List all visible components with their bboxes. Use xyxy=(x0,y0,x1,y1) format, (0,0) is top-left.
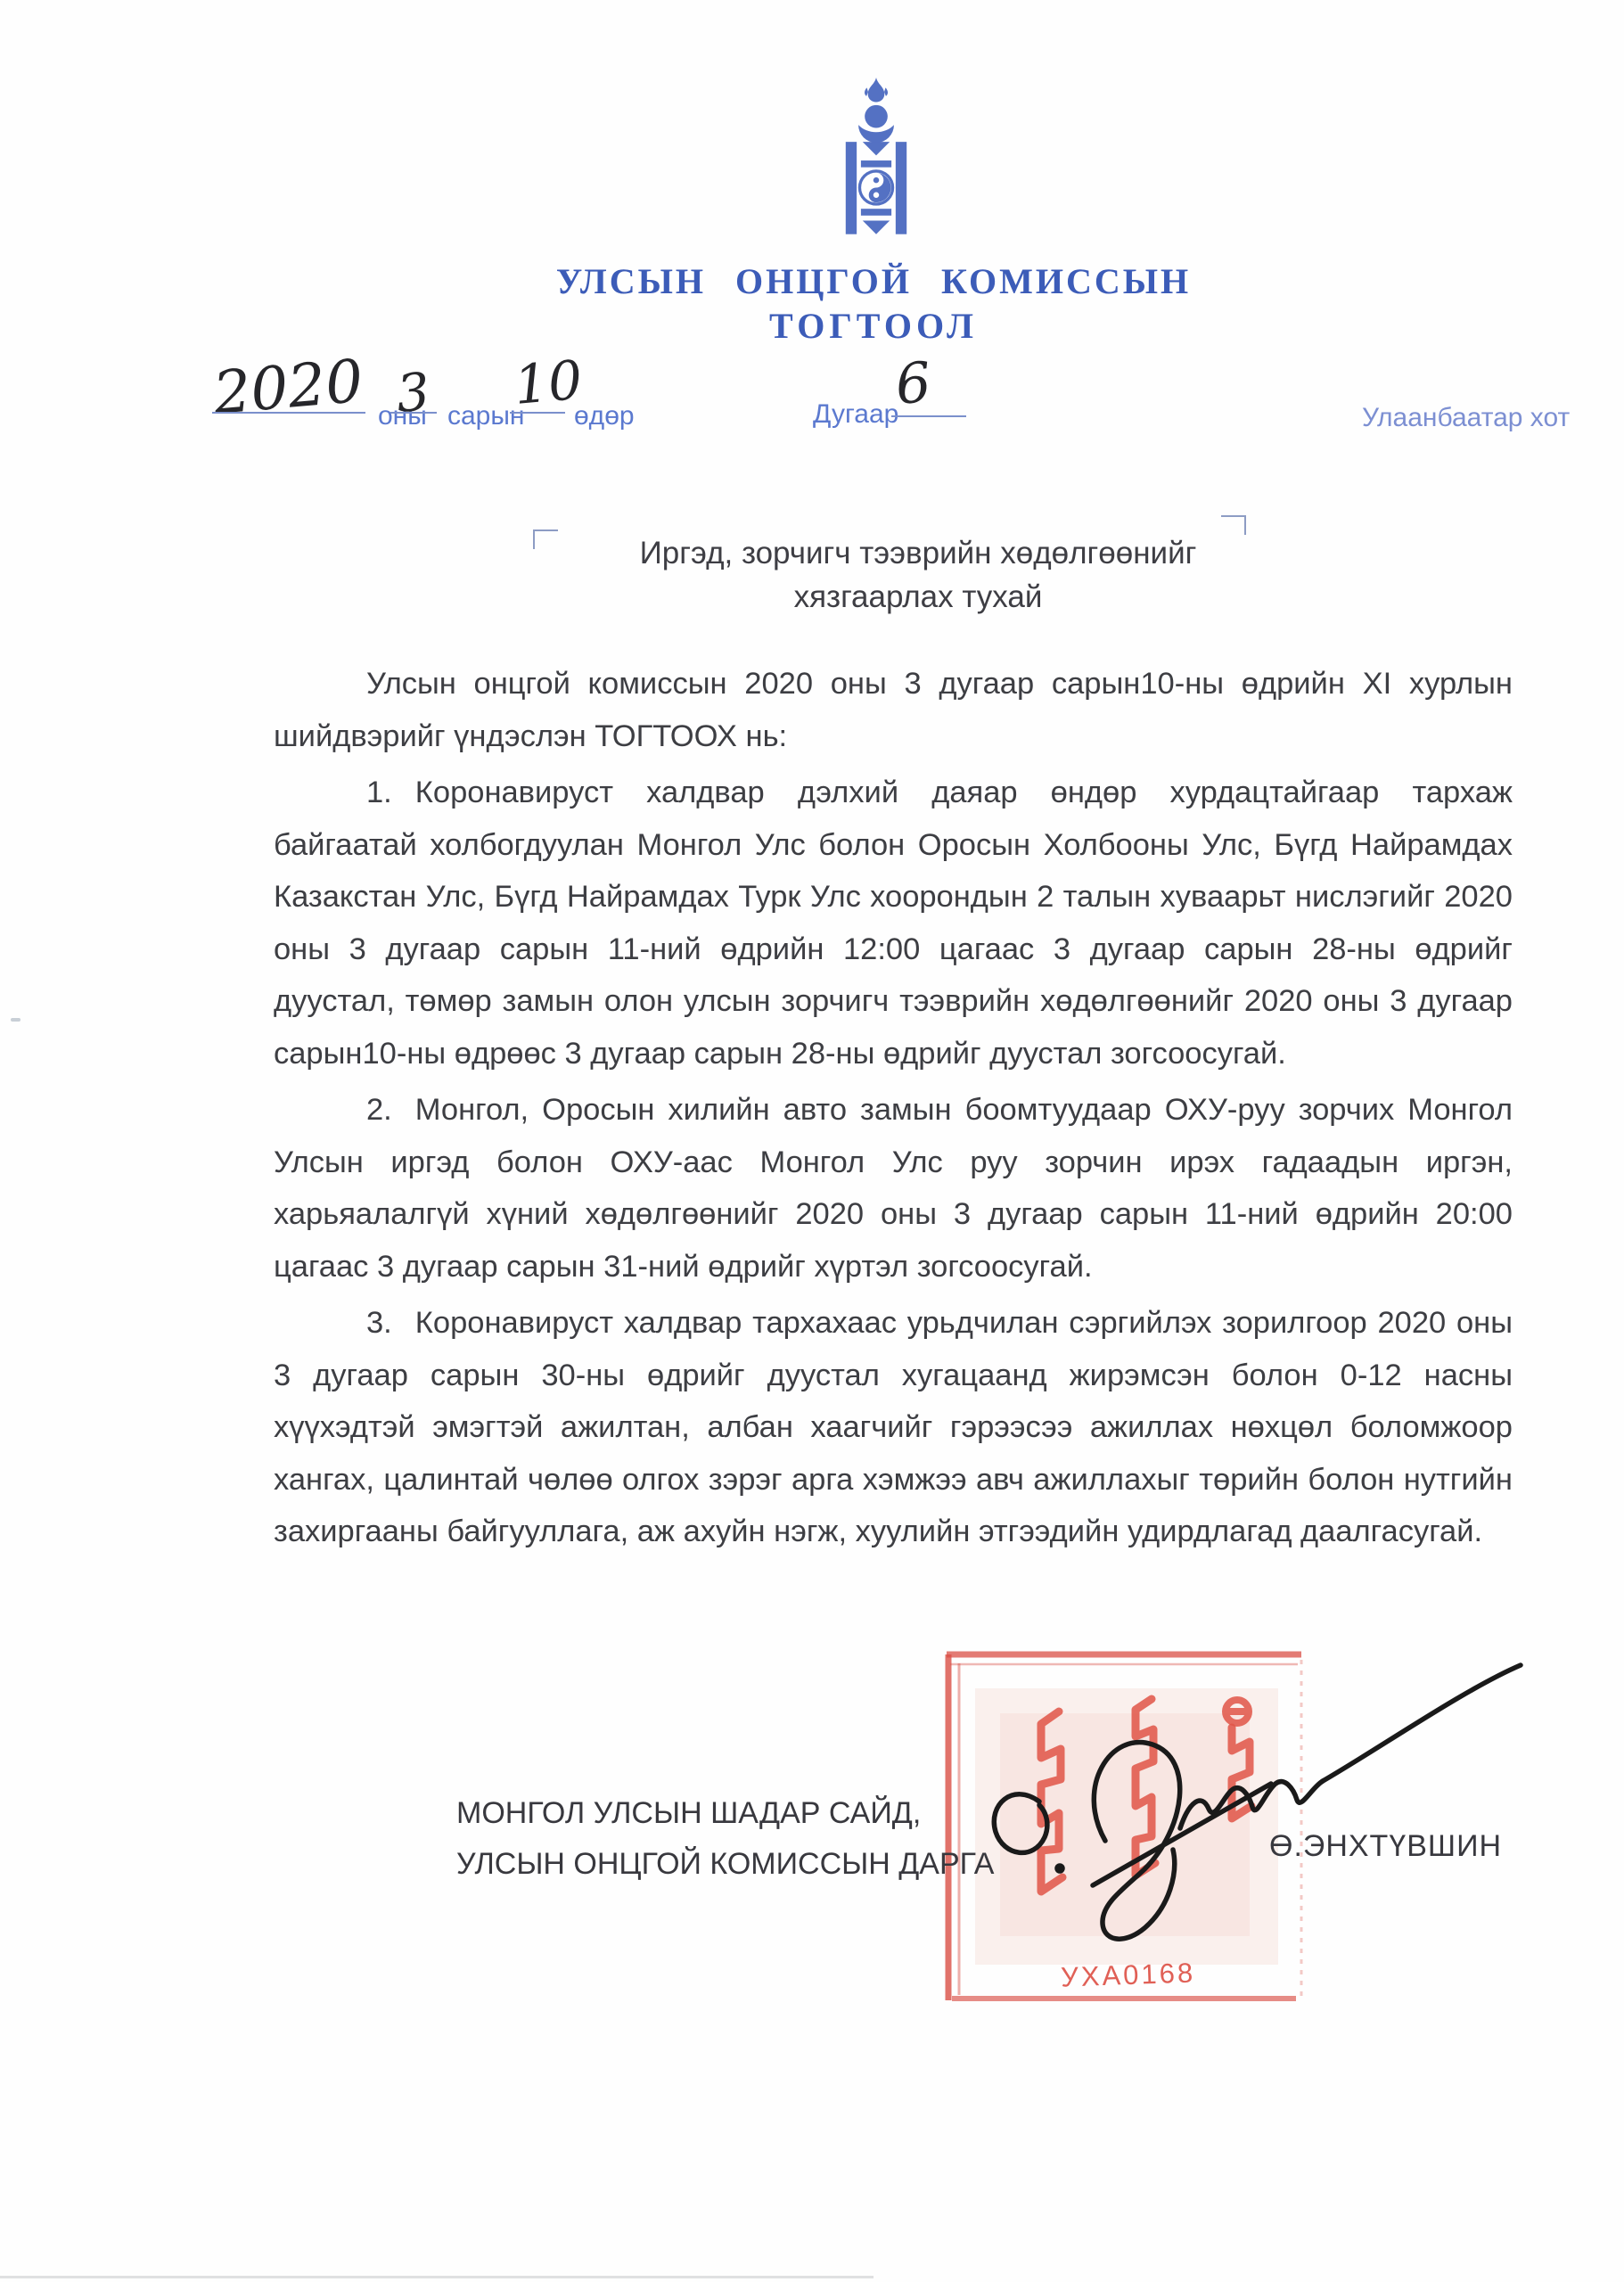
soyombo-logo-icon xyxy=(827,77,925,246)
signature-ink xyxy=(970,1652,1540,1973)
day-blank xyxy=(510,412,565,414)
number-label: Дугаар xyxy=(813,399,898,430)
handwritten-year: 2020 xyxy=(210,347,365,428)
month-label: сарын xyxy=(447,401,525,431)
number-blank xyxy=(891,415,966,417)
header-block: УЛСЫН ОНЦГОЙ КОМИССЫН ТОГТООЛ xyxy=(339,260,1408,347)
item-number-3: 3. xyxy=(366,1306,392,1340)
signer-title-line2: УЛСЫН ОНЦГОЙ КОМИССЫН ДАРГА xyxy=(456,1839,994,1890)
document-title: Иргэд, зорчигч тээврийн хөдөлгөөнийг хяз… xyxy=(553,531,1284,619)
item-text-2: Монгол, Оросын хилийн авто замын боомтуу… xyxy=(274,1093,1513,1284)
month-blank xyxy=(390,412,437,414)
item-text-1: Коронавируст халдвар дэлхий даяар өндөр … xyxy=(274,776,1513,1071)
year-blank xyxy=(212,412,365,414)
signer-name: Ө.ЭНХТҮВШИН xyxy=(1269,1829,1502,1864)
city-label: Улаанбаатар хот xyxy=(1362,403,1570,433)
doc-type-title: ТОГТООЛ xyxy=(339,305,1408,347)
item-number-1: 1. xyxy=(366,776,392,809)
item-paragraph-3: 3.Коронавируст халдвар тархахаас урьдчил… xyxy=(274,1297,1513,1558)
org-name: УЛСЫН ОНЦГОЙ КОМИССЫН xyxy=(339,260,1408,302)
document-title-line1: Иргэд, зорчигч тээврийн хөдөлгөөнийг xyxy=(553,531,1284,575)
intro-paragraph: Улсын онцгой комиссын 2020 оны 3 дугаар … xyxy=(274,658,1513,762)
handwritten-number: 6 xyxy=(893,349,934,417)
document-page: УЛСЫН ОНЦГОЙ КОМИССЫН ТОГТООЛ 2020 оны 3… xyxy=(0,0,1624,2282)
scan-edge-shadow xyxy=(0,2276,874,2278)
document-body: Улсын онцгой комиссын 2020 оны 3 дугаар … xyxy=(274,658,1513,1563)
document-title-line2: хязгаарлах тухай xyxy=(553,575,1284,619)
item-paragraph-2: 2.Монгол, Оросын хилийн авто замын боомт… xyxy=(274,1084,1513,1293)
item-paragraph-1: 1.Коронавируст халдвар дэлхий даяар өндө… xyxy=(274,767,1513,1079)
scan-speck xyxy=(11,1018,21,1022)
day-label: өдөр xyxy=(574,401,635,431)
signer-title-line1: МОНГОЛ УЛСЫН ШАДАР САЙД, xyxy=(456,1788,994,1839)
signature-title-block: МОНГОЛ УЛСЫН ШАДАР САЙД, УЛСЫН ОНЦГОЙ КО… xyxy=(456,1788,994,1890)
handwritten-month: 3 xyxy=(394,361,432,424)
item-number-2: 2. xyxy=(366,1093,392,1127)
item-text-3: Коронавируст халдвар тархахаас урьдчилан… xyxy=(274,1306,1513,1548)
